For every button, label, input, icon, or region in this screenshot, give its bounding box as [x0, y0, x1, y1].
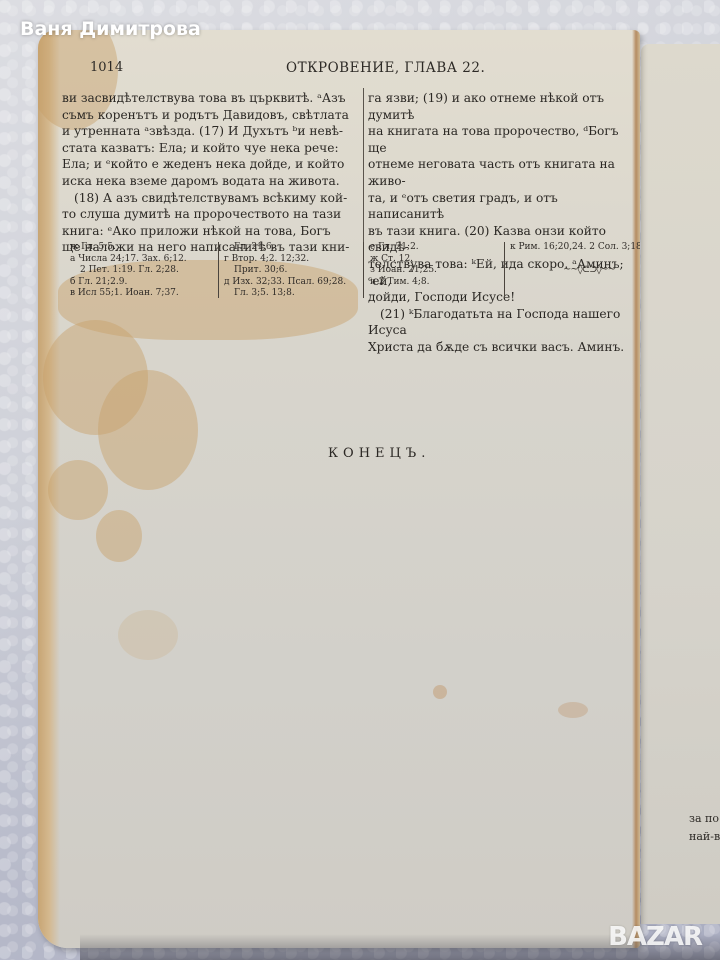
text-line: Христа да бѫде съ всички васъ. Аминъ. — [368, 339, 630, 356]
page-header: 1014 ОТКРОВЕНИЕ, ГЛАВА 22. — [90, 60, 628, 80]
end-ornament-icon: ~~◊⊂⊃◊~~ — [563, 264, 615, 275]
footnote-column: е Гл. 21;2. ж Ст. 12. з Иоан. 21;25. и 2… — [370, 242, 437, 288]
footnote: и 2 Тим. 4;8. — [370, 277, 437, 289]
spot-stain — [433, 685, 447, 699]
footnote-divider — [218, 242, 219, 298]
footnote: к Рим. 16;20,24. 2 Сол. 3;18. — [510, 242, 640, 254]
water-stain — [118, 610, 178, 660]
text-line: иска нека вземе даромъ водата на живота. — [62, 173, 360, 190]
footnote: Прит. 30;6. — [224, 265, 346, 277]
footnote: д Изх. 32;33. Псал. 69;28. — [224, 277, 346, 289]
water-stain — [98, 370, 198, 490]
footnote: а Числа 24;17. Зах. 6;12. — [70, 254, 187, 266]
right-page-text-line: за по — [689, 812, 719, 825]
footnote: з Иоан. 21;25. — [370, 265, 437, 277]
footnote: Гл. 21;6. — [224, 242, 346, 254]
footnote-divider — [363, 242, 364, 298]
text-line: Ела; и ᵉкойто е жеденъ нека дойде, и кой… — [62, 156, 360, 173]
text-column-right: га язви; (19) и ако отнеме нѣкой отъ дум… — [368, 90, 630, 356]
footnote: ж Ст. 12. — [370, 254, 437, 266]
text-line: на книгата на това пророчество, ᵈБогъ ще — [368, 123, 630, 156]
water-stain — [96, 510, 142, 562]
right-page-text-line: най-в — [689, 830, 720, 843]
footnote: 2 Пет. 1:19. Гл. 2;28. — [70, 265, 187, 277]
book-page: 1014 ОТКРОВЕНИЕ, ГЛАВА 22. ви засвидѣтел… — [38, 30, 640, 948]
text-line: съмъ коренътъ и родътъ Давидовъ, свѣтлат… — [62, 107, 360, 124]
footnote: в Исл 55;1. Иоан. 7;37. — [70, 288, 187, 300]
footnote: ж Гл. 5:5. — [70, 242, 187, 254]
spot-stain — [558, 702, 588, 718]
text-line: отнеме неговата часть отъ книгата на жив… — [368, 156, 630, 189]
text-line: ви засвидѣтелствува това въ църквитѣ. ᵃА… — [62, 90, 360, 107]
text-line: и утренната ᵃзвѣзда. (17) И Духътъ ᵇи не… — [62, 123, 360, 140]
text-line: га язви; (19) и ако отнеме нѣкой отъ дум… — [368, 90, 630, 123]
text-line: та, и ᵉотъ светия градъ, и отъ написанит… — [368, 190, 630, 223]
bazar-watermark-logo: BAZAR — [608, 922, 702, 952]
footnote: г Втор. 4;2. 12;32. — [224, 254, 346, 266]
text-line: то слуша думитѣ на пророчеството на тази — [62, 206, 360, 223]
right-page-fragment: за по най-в — [641, 44, 720, 924]
footnote: б Гл. 21;2.9. — [70, 277, 187, 289]
text-line: книга: ᵉАко приложи нѣкой на това, Богъ — [62, 223, 360, 240]
text-line: (18) А азъ свидѣтелствувамъ всѣкиму кой- — [62, 190, 360, 207]
text-line: (21) ᵏБлагодатьта на Господа нашего Исус… — [368, 306, 630, 339]
text-line: дойди, Господи Исусе! — [368, 289, 630, 306]
water-stain — [48, 460, 108, 520]
user-watermark: Ваня Димитрова — [20, 18, 201, 40]
footnote-column: Гл. 21;6. г Втор. 4;2. 12;32. Прит. 30;6… — [224, 242, 346, 300]
footnote: е Гл. 21;2. — [370, 242, 437, 254]
footnote-column: ж Гл. 5:5. а Числа 24;17. Зах. 6;12. 2 П… — [70, 242, 187, 300]
footnote-column: к Рим. 16;20,24. 2 Сол. 3;18. — [510, 242, 640, 254]
book-gutter — [632, 30, 640, 948]
footnote: Гл. 3;5. 13;8. — [224, 288, 346, 300]
text-line: стата казватъ: Ела; и който чуе нека реч… — [62, 140, 360, 157]
running-title: ОТКРОВЕНИЕ, ГЛАВА 22. — [286, 60, 485, 76]
text-column-left: ви засвидѣтелствува това въ църквитѣ. ᵃА… — [62, 90, 360, 256]
end-title: КОНЕЦЪ. — [328, 446, 430, 461]
footnote-divider — [504, 242, 505, 298]
page-number: 1014 — [90, 60, 123, 75]
